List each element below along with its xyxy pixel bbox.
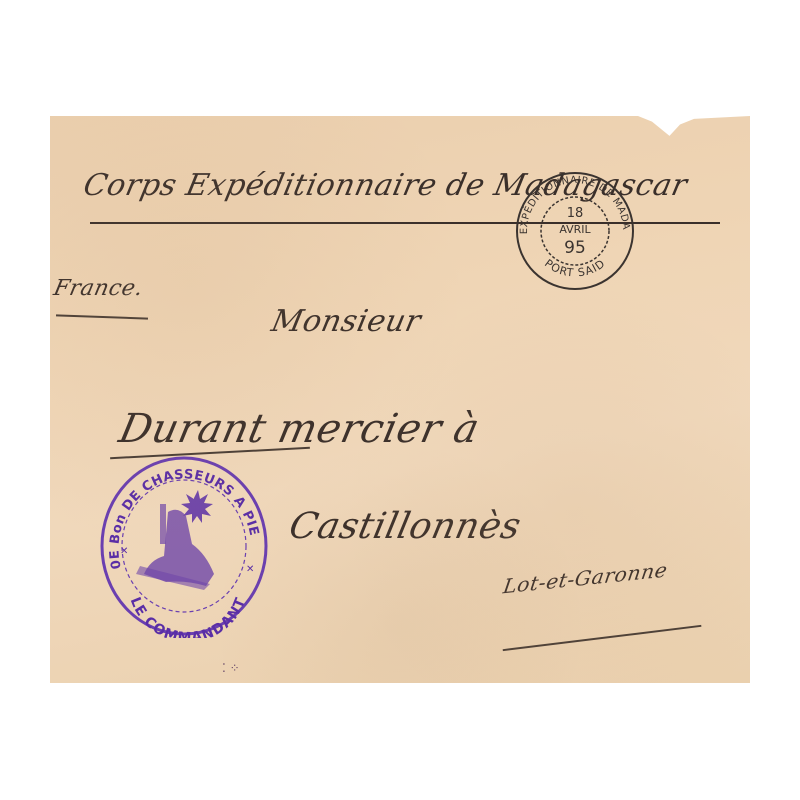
postmark-stamp: CORPS EXPÉDITIONNAIRE DE MADAGASCAR PORT…	[513, 169, 637, 293]
seal-bottom-text: LE COMMANDANT	[127, 595, 250, 638]
postmark-month: AVRIL	[559, 223, 591, 236]
svg-text:PORT SAID: PORT SAID	[542, 257, 608, 280]
country-underline	[56, 314, 148, 319]
recipient-region: Lot-et-Garonne	[502, 558, 670, 599]
ink-specks: ⁚ ⁘	[222, 661, 240, 675]
recipient-salutation: Monsieur	[268, 304, 424, 339]
recipient-town: Castillonnès	[286, 506, 525, 547]
postmark-bottom-text: PORT SAID	[542, 257, 608, 280]
recipient-name: Durant mercier à	[115, 406, 483, 452]
svg-text:✕: ✕	[120, 546, 128, 557]
postmark-day: 18	[567, 206, 584, 221]
envelope: Corps Expéditionnaire de Madagascar Fran…	[50, 116, 750, 683]
seated-figure-emblem	[136, 490, 214, 590]
svg-text:✕: ✕	[246, 564, 254, 575]
country-handwriting: France.	[51, 276, 145, 301]
svg-text:LE COMMANDANT: LE COMMANDANT	[127, 595, 250, 638]
regimental-seal: 40E Bon DE CHASSEURS A PIED LE COMMANDAN…	[98, 454, 270, 638]
region-underline	[503, 625, 702, 651]
postmark-year: 95	[564, 238, 586, 258]
